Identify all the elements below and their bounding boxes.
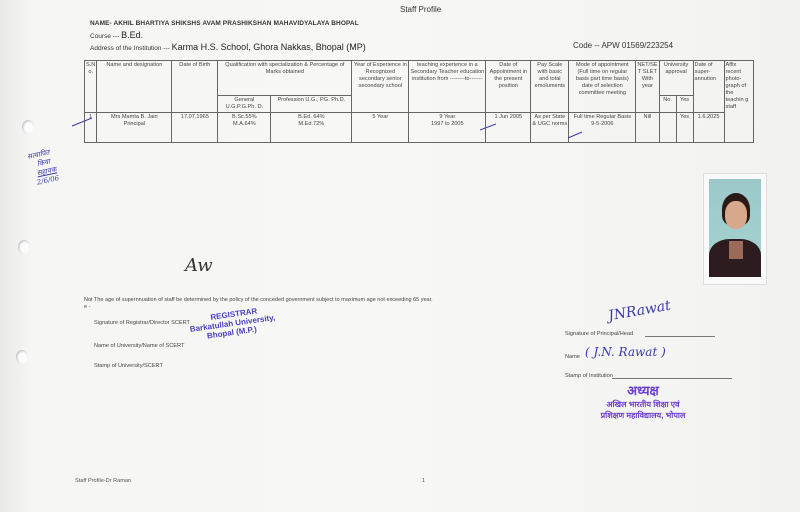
institution-stamp: अध्यक्ष अखिल भारतीय शिक्षा एवं प्रशिक्षण… (588, 381, 698, 421)
principal-name-label: Name (565, 354, 580, 360)
pen-ticks (0, 0, 800, 512)
superannuation-note-cont: e - (84, 304, 90, 310)
institution-stamp-line-3: प्रशिक्षण महाविद्यालय, भोपाल (588, 410, 698, 421)
footer-label: Staff Profile-Dr Raman (75, 478, 131, 484)
institution-stamp-line (612, 378, 732, 379)
university-name-label: Name of University/Name of SCERT (94, 343, 184, 349)
institution-stamp-line-1: अध्यक्ष (588, 381, 698, 399)
principal-signature-line (645, 336, 715, 337)
staff-profile-page: Staff Profile NAME- AKHIL BHARTIYA SHIKS… (0, 0, 800, 512)
approver-signature: Aw (185, 255, 213, 276)
superannuation-note: Not The age of supernnuation of staff be… (84, 297, 433, 303)
university-stamp-label: Stamp of University/SCERT (94, 363, 163, 369)
page-number: 1 (422, 478, 425, 484)
photo-background (709, 179, 761, 277)
photo-face (725, 201, 747, 229)
photo-neck (729, 241, 743, 259)
staff-photo (703, 173, 767, 285)
institution-stamp-line-2: अखिल भारतीय शिक्षा एवं (588, 399, 698, 410)
registrar-signature-label: Signature of Registrar/Director SCERT (94, 320, 190, 326)
institution-stamp-label: Stamp of Institution (565, 373, 613, 379)
principal-signature-label: Signature of Principal/Head (565, 331, 633, 337)
principal-name-value: ( J.N. Rawat ) (585, 345, 666, 359)
